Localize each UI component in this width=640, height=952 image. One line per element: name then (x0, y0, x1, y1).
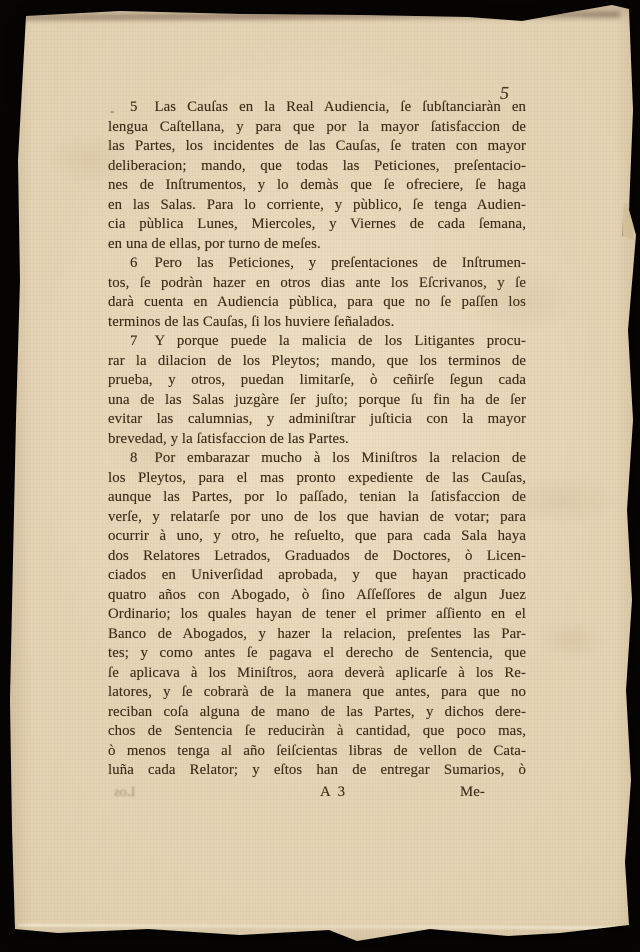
text-line: latores, y ſe cobrarà de la manera que a… (108, 683, 526, 703)
paragraph-lines: 5Las Cauſas en la Real Audiencia, ſe ſub… (108, 98, 526, 781)
text-line: prueba, y otros, puedan limitarſe, ò ceñ… (108, 371, 526, 391)
bottom-deckle-edge (18, 924, 616, 930)
text-line: verſe, y relatarſe por uno de los que ha… (108, 508, 526, 528)
paragraph-number: 8 (130, 450, 138, 466)
text-line: rar la dilacion de los Pleytos; mando, q… (108, 352, 526, 372)
text-line: deliberacion; mando, que todas las Petic… (108, 157, 526, 177)
text-line: reciban coſa alguna de mano de las Parte… (108, 703, 526, 723)
text-line: 5Las Cauſas en la Real Audiencia, ſe ſub… (108, 98, 526, 118)
photo-background: 5 - 5Las Cauſas en la Real Audiencia, ſe… (0, 0, 640, 952)
text-line: ocurrir à uno, y otro, he reſuelto, que … (108, 527, 526, 547)
signature-row: A 3 Me- (108, 783, 526, 803)
text-line: ciados en Univerſidad aprobada, y que ha… (108, 566, 526, 586)
text-line: 8Por embarazar mucho à los Miniſtros la … (108, 449, 526, 469)
text-line: aunque las Partes, por lo paſſado, tenia… (108, 488, 526, 508)
text-line: darà cuenta en Audiencia pùblica, para q… (108, 293, 526, 313)
text-line: ſe aplicava à los Miniſtros, aora deverà… (108, 664, 526, 684)
text-line: una de las Salas juzgàre ſer juſto; porq… (108, 391, 526, 411)
show-through-text: Los (114, 783, 135, 803)
text-line: Ordinario; los quales hayan de tener el … (108, 605, 526, 625)
text-line: las Partes, los incidentes de las Cauſas… (108, 137, 526, 157)
text-line: lengua Caſtellana, y para que por la may… (108, 118, 526, 138)
ink-artifact-dash: - (110, 101, 114, 121)
top-edge-shadow (20, 11, 620, 20)
text-line: tes; y como antes ſe pagava el derecho d… (108, 644, 526, 664)
paragraph-number: 7 (130, 333, 138, 349)
text-line: cia pùblica Lunes, Miercoles, y Viernes … (108, 215, 526, 235)
paper-shadow: 5 - 5Las Cauſas en la Real Audiencia, ſe… (0, 0, 640, 952)
signature-mark: A 3 (320, 783, 347, 803)
text-line: luña cada Relator; y eſtos han de entreg… (108, 761, 526, 781)
text-block: - 5Las Cauſas en la Real Audiencia, ſe ſ… (108, 98, 526, 803)
text-line: nes de Inſtrumentos, y lo demàs que ſe o… (108, 176, 526, 196)
text-line: 7Y porque puede la malicia de los Litiga… (108, 332, 526, 352)
catchword: Me- (460, 783, 485, 803)
text-line: chos de Sentencia ſe reduciràn à cantida… (108, 722, 526, 742)
right-edge-chip (622, 203, 634, 239)
text-line: en una de ellas, por turno de meſes. (108, 235, 526, 255)
text-line: 6Pero las Peticiones, y preſentaciones d… (108, 254, 526, 274)
text-line: tos, ſe podràn hazer en otros dias ante … (108, 274, 526, 294)
page-paper: 5 - 5Las Cauſas en la Real Audiencia, ſe… (0, 0, 640, 952)
text-line: Banco de Abogados, y hazer la relacion, … (108, 625, 526, 645)
paragraph-number: 6 (130, 255, 138, 271)
text-line: ò menos tenga al año ſeiſcientas libras … (108, 742, 526, 762)
text-line: en las Salas. Para lo corriente, y pùbli… (108, 196, 526, 216)
text-line: terminos de las Cauſas, ſi los huviere ſ… (108, 313, 526, 333)
text-line: brevedad, y la ſatisfaccion de las Parte… (108, 430, 526, 450)
paragraph-number: 5 (130, 99, 138, 115)
text-line: dos Relatores Letrados, Graduados de Doc… (108, 547, 526, 567)
text-line: los Pleytos, para el mas pronto expedien… (108, 469, 526, 489)
text-line: evitar las calumnias, y adminiſtrar juſt… (108, 410, 526, 430)
text-line: quatro años con Abogado, ò ſino Aſſeſſor… (108, 586, 526, 606)
page-number: 5 (500, 83, 509, 104)
